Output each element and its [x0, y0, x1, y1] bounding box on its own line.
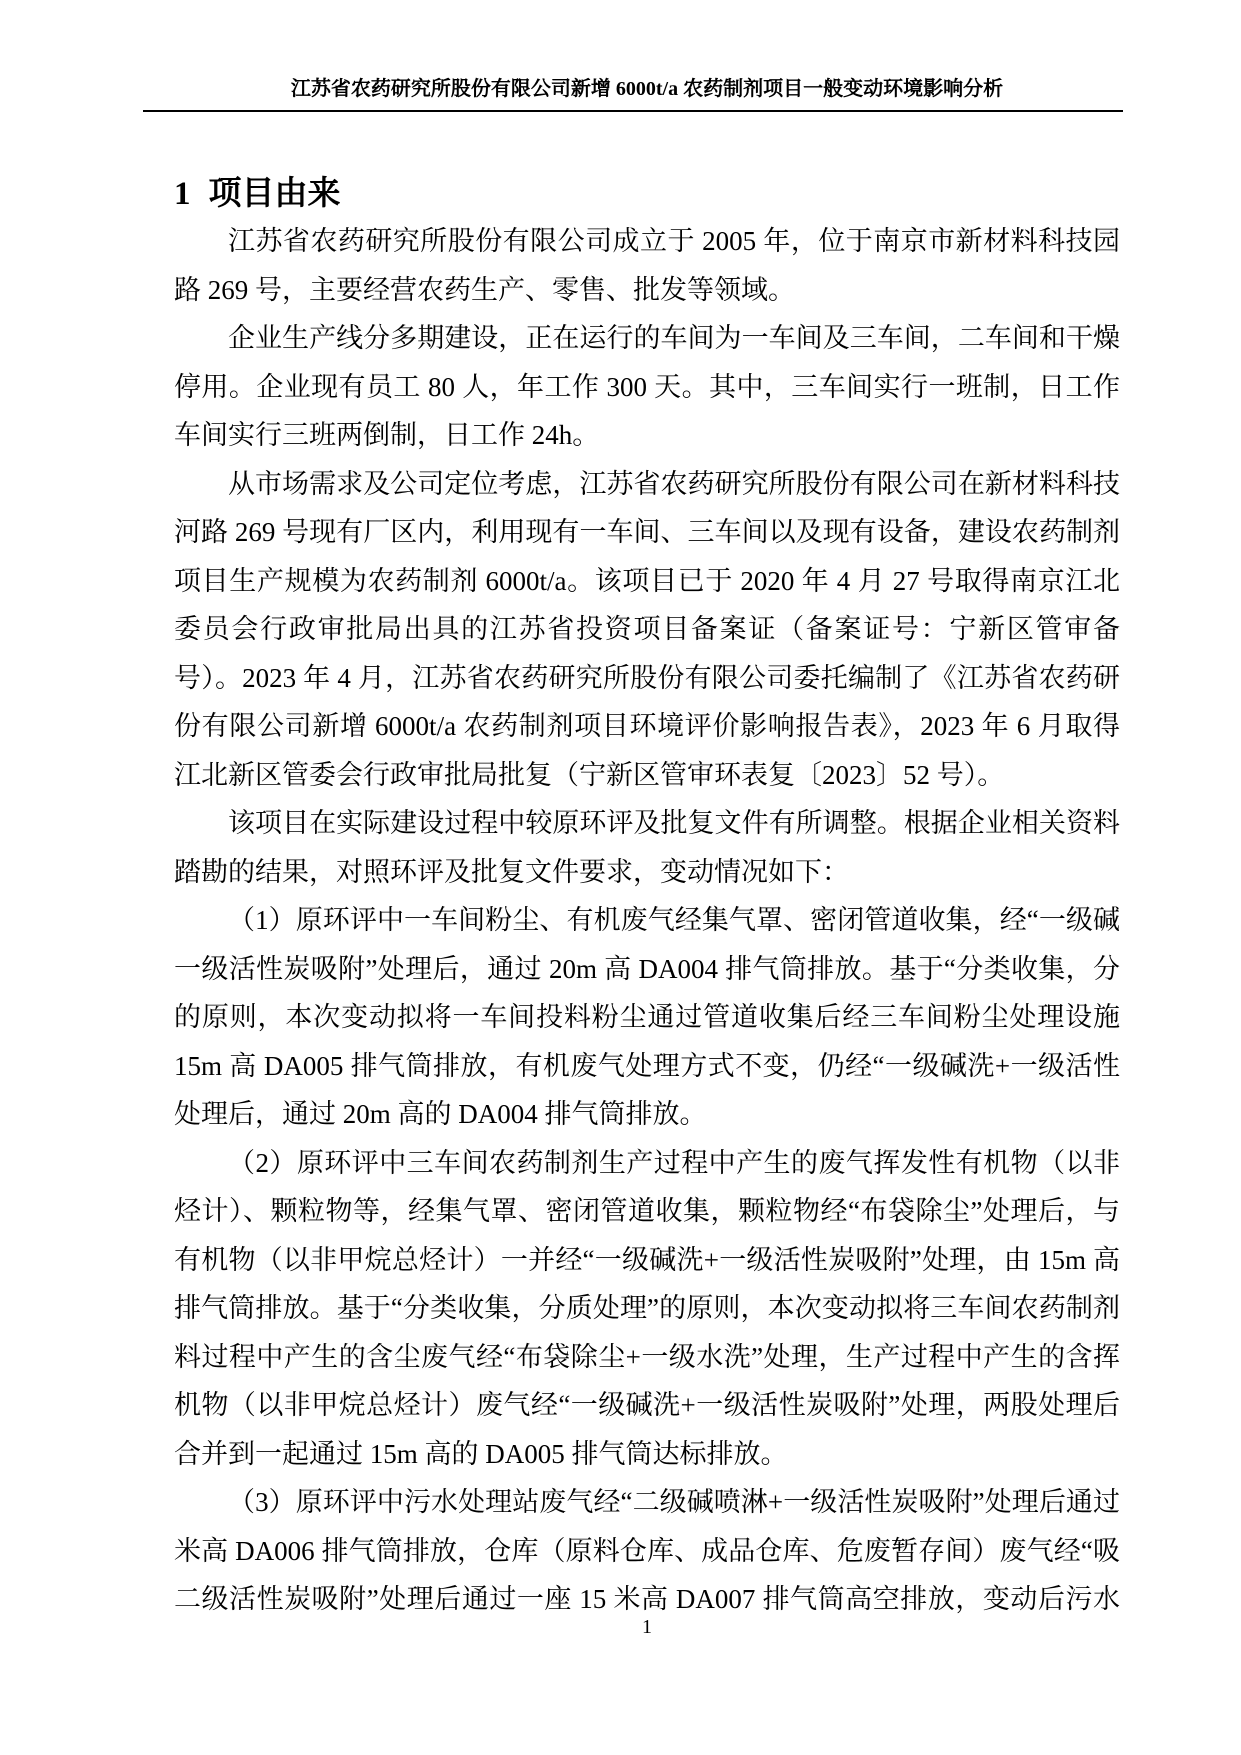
- section-heading: 1项目由来: [174, 172, 341, 216]
- paragraph: 该项目在实际建设过程中较原环评及批复文件有所调整。根据企业相关资料和现场踏勘的结…: [174, 799, 1120, 896]
- text-line: 的原则，本次变动拟将一车间投料粉尘通过管道收集后经三车间粉尘处理设施后，通过: [174, 993, 1120, 1042]
- text-line: 有机物（以非甲烷总烃计）一并经“一级碱洗+一级活性炭吸附”处理，由 15m 高的…: [174, 1236, 1120, 1285]
- paragraph: 从市场需求及公司定位考虑，江苏省农药研究所股份有限公司在新材料科技园长丰河路 2…: [174, 460, 1120, 800]
- paragraph: 企业生产线分多期建设，正在运行的车间为一车间及三车间，二车间和干燥车间已停用。企…: [174, 314, 1120, 460]
- document-page: 江苏省农药研究所股份有限公司新增 6000t/a 农药制剂项目一般变动环境影响分…: [0, 0, 1241, 1755]
- text-line: （2）原环评中三车间农药制剂生产过程中产生的废气挥发性有机物（以非甲烷总: [174, 1139, 1120, 1188]
- text-line: 号）。2023 年 4 月，江苏省农药研究所股份有限公司委托编制了《江苏省农药研…: [174, 654, 1120, 703]
- text-line: 一级活性炭吸附”处理后，通过 20m 高 DA004 排气筒排放。基于“分类收集…: [174, 945, 1120, 994]
- text-line: 从市场需求及公司定位考虑，江苏省农药研究所股份有限公司在新材料科技园长丰: [174, 460, 1120, 509]
- text-line: 15m 高 DA005 排气筒排放，有机废气处理方式不变，仍经“一级碱洗+一级活…: [174, 1042, 1120, 1091]
- text-line: 米高 DA006 排气筒排放，仓库（原料仓库、成品仓库、危废暂存间）废气经“吸附…: [174, 1527, 1120, 1576]
- section-heading-number: 1: [174, 172, 191, 216]
- text-line: 江北新区管委会行政审批局批复（宁新区管审环表复〔2023〕52 号）。: [174, 751, 1120, 800]
- section-heading-text: 项目由来: [209, 176, 341, 212]
- text-line: 该项目在实际建设过程中较原环评及批复文件有所调整。根据企业相关资料和现场: [174, 799, 1120, 848]
- text-line: 烃计）、颗粒物等，经集气罩、密闭管道收集，颗粒物经“布袋除尘”处理后，与挥发性: [174, 1187, 1120, 1236]
- text-line: 河路 269 号现有厂区内，利用现有一车间、三车间以及现有设备，建设农药制剂项目…: [174, 508, 1120, 557]
- running-header: 江苏省农药研究所股份有限公司新增 6000t/a 农药制剂项目一般变动环境影响分…: [174, 76, 1120, 102]
- text-line: 路 269 号，主要经营农药生产、零售、批发等领域。: [174, 266, 1120, 315]
- text-line: 停用。企业现有员工 80 人，年工作 300 天。其中，三车间实行一班制，日工作…: [174, 363, 1120, 412]
- page-number: 1: [174, 1613, 1120, 1641]
- document-body: 江苏省农药研究所股份有限公司成立于 2005 年，位于南京市新材料科技园长丰河路…: [174, 217, 1120, 1624]
- header-rule: [143, 110, 1123, 112]
- text-line: 委员会行政审批局出具的江苏省投资项目备案证（备案证号：宁新区管审备〔2020〕3…: [174, 605, 1120, 654]
- text-line: （3）原环评中污水处理站废气经“二级碱喷淋+一级活性炭吸附”处理后通过一座 15: [174, 1478, 1120, 1527]
- paragraph: （1）原环评中一车间粉尘、有机废气经集气罩、密闭管道收集，经“一级碱喷淋+一级活…: [174, 896, 1120, 1139]
- text-line: 企业生产线分多期建设，正在运行的车间为一车间及三车间，二车间和干燥车间已: [174, 314, 1120, 363]
- text-line: （1）原环评中一车间粉尘、有机废气经集气罩、密闭管道收集，经“一级碱喷淋+: [174, 896, 1120, 945]
- paragraph: （3）原环评中污水处理站废气经“二级碱喷淋+一级活性炭吸附”处理后通过一座 15…: [174, 1478, 1120, 1624]
- text-line: 踏勘的结果，对照环评及批复文件要求，变动情况如下：: [174, 848, 1120, 897]
- text-line: 合并到一起通过 15m 高的 DA005 排气筒达标排放。: [174, 1430, 1120, 1479]
- paragraph: 江苏省农药研究所股份有限公司成立于 2005 年，位于南京市新材料科技园长丰河路…: [174, 217, 1120, 314]
- text-line: 项目生产规模为农药制剂 6000t/a。该项目已于 2020 年 4 月 27 …: [174, 557, 1120, 606]
- text-line: 排气筒排放。基于“分类收集，分质处理”的原则，本次变动拟将三车间农药制剂生产投: [174, 1284, 1120, 1333]
- text-line: 料过程中产生的含尘废气经“布袋除尘+一级水洗”处理，生产过程中产生的含挥发性有: [174, 1333, 1120, 1382]
- text-line: 江苏省农药研究所股份有限公司成立于 2005 年，位于南京市新材料科技园长丰河: [174, 217, 1120, 266]
- text-line: 处理后，通过 20m 高的 DA004 排气筒排放。: [174, 1090, 1120, 1139]
- text-line: 份有限公司新增 6000t/a 农药制剂项目环境评价影响报告表》，2023 年 …: [174, 702, 1120, 751]
- paragraph: （2）原环评中三车间农药制剂生产过程中产生的废气挥发性有机物（以非甲烷总烃计）、…: [174, 1139, 1120, 1479]
- text-line: 机物（以非甲烷总烃计）废气经“一级碱洗+一级活性炭吸附”处理，两股处理后的气体: [174, 1381, 1120, 1430]
- text-line: 车间实行三班两倒制，日工作 24h。: [174, 411, 1120, 460]
